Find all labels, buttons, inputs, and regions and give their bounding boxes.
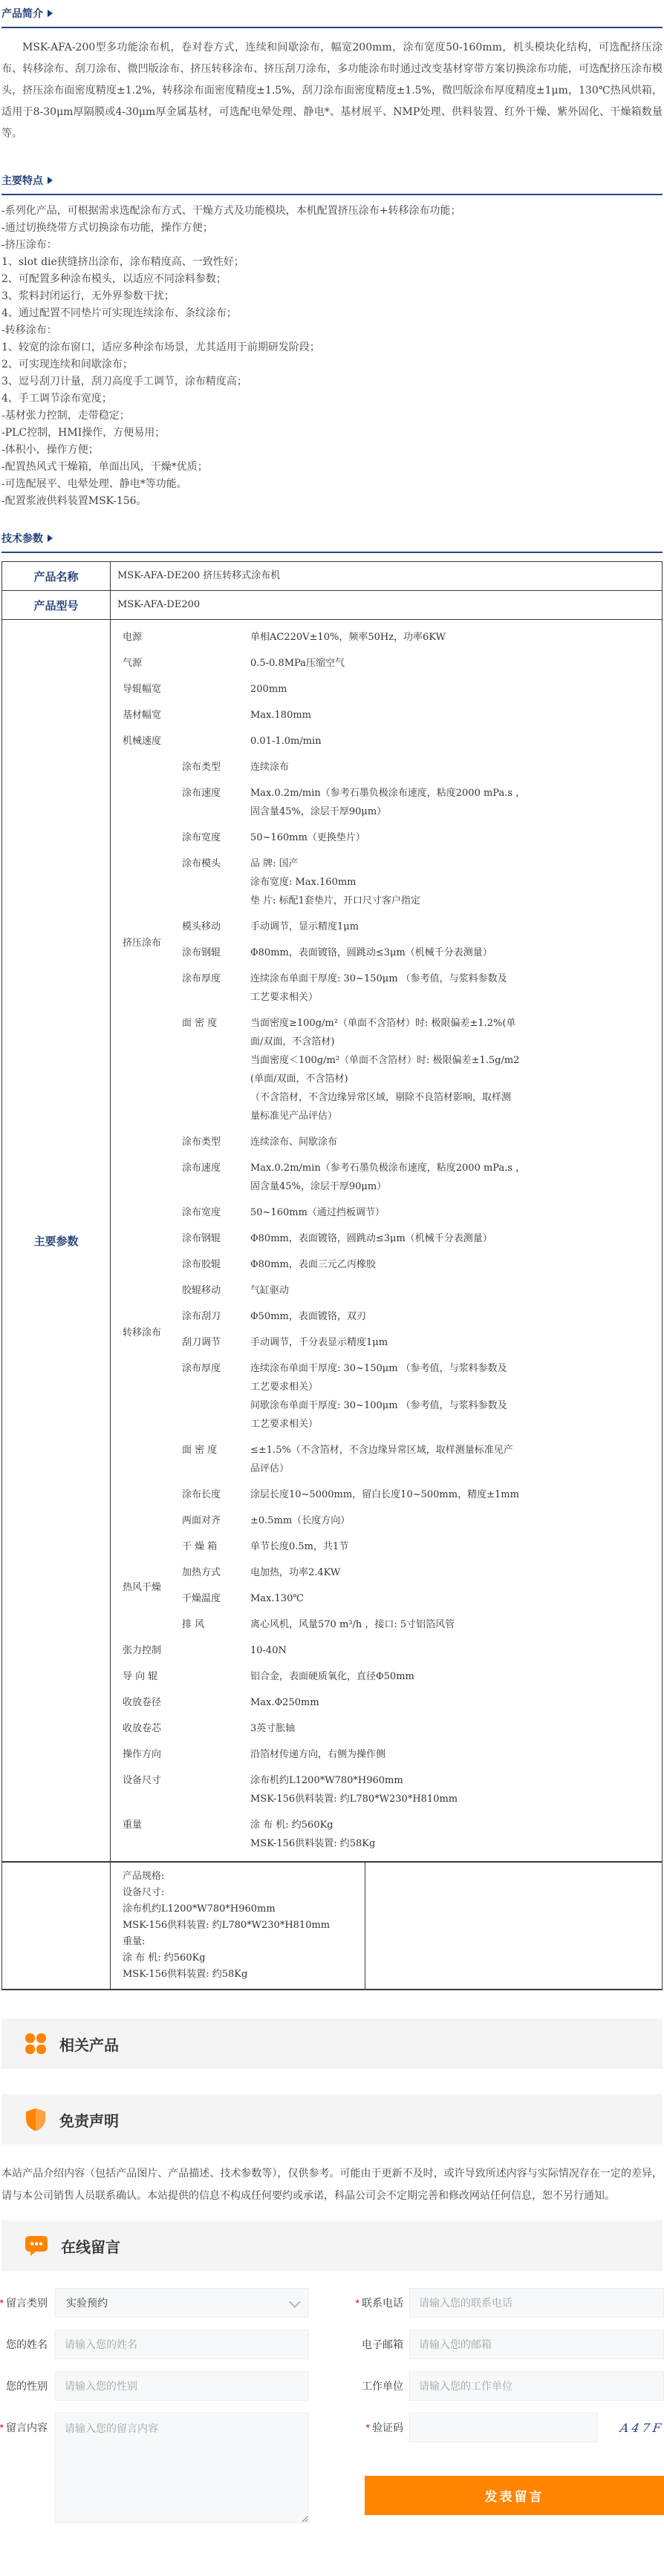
param-value: 电加热，功率2.4KW xyxy=(250,1563,541,1582)
param-row: 操作方向沿箔材传递方向，右侧为操作侧 xyxy=(111,1742,662,1768)
param-value-line: 单相AC220V±10%，频率50Hz，功率6KW xyxy=(250,628,541,647)
heading-divider xyxy=(1,552,663,553)
param-value: 50~160mm（通过挡板调节） xyxy=(250,1203,541,1222)
param-row: 面 密 度当面密度≥100g/m²（单面不含箔材）时: 极限偏差±1.2%(单面… xyxy=(182,1010,662,1129)
param-value-line: 3英寸胀轴 xyxy=(250,1719,541,1738)
table-row-product-model: 产品型号 MSK-AFA-DE200 xyxy=(2,591,662,620)
param-row: 导辊幅宽200mm xyxy=(111,676,662,702)
param-value-line: 量标准见产品评估） xyxy=(250,1107,541,1125)
param-value-line: 离心风机，风量570 m³/h ，接口: 5寸铝箔风管 xyxy=(250,1615,541,1634)
param-row: 收放卷芯3英寸胀轴 xyxy=(111,1716,662,1742)
param-label: 张力控制 xyxy=(111,1641,250,1660)
arrow-right-icon xyxy=(48,177,53,184)
category-selected-value: 实验预约 xyxy=(66,2295,108,2310)
param-group-rows: 干 燥 箱单节长度0.5m，共1节加热方式电加热，功率2.4KW干燥温度Max.… xyxy=(182,1534,662,1638)
name-input[interactable] xyxy=(55,2330,309,2359)
product-model-value: MSK-AFA-DE200 xyxy=(111,591,662,619)
param-value-line: 铝合金，表面硬质氧化，直径Φ50mm xyxy=(250,1667,541,1686)
heading-divider xyxy=(1,194,663,195)
captcha-label-text: 验证码 xyxy=(372,2420,403,2435)
param-label: 气源 xyxy=(111,654,250,673)
param-label: 涂布模头 xyxy=(182,854,250,910)
name-label-text: 您的姓名 xyxy=(6,2337,48,2352)
feature-line: -PLC控制，HMI操作，方便易用； xyxy=(1,425,663,442)
param-value-line: 工艺要求相关） xyxy=(250,1378,541,1396)
spec-note-line: MSK-156供料装置: 约L780*W230*H810mm xyxy=(123,1918,357,1934)
param-label: 收放卷芯 xyxy=(111,1719,250,1738)
shield-icon xyxy=(25,2108,47,2131)
disclaimer-text: 本站产品介绍内容（包括产品图片、产品描述、技术参数等），仅供参考。可能由于更新不… xyxy=(1,2163,663,2207)
param-label: 导辊幅宽 xyxy=(111,680,250,699)
heading-divider xyxy=(1,27,663,28)
related-products-title: 相关产品 xyxy=(59,2033,119,2055)
param-value: 200mm xyxy=(250,680,541,699)
param-value: ≤±1.5%（不含箔材，不含边缘异常区域，取样测量标准见产品评估） xyxy=(250,1441,541,1478)
param-group-label: 挤压涂布 xyxy=(111,754,182,1129)
param-value: Max.180mm xyxy=(250,706,541,725)
param-label: 涂布速度 xyxy=(182,784,250,821)
param-value-line: 品评估） xyxy=(250,1459,541,1478)
param-value-line: 涂 布 机: 约560Kg xyxy=(250,1816,541,1834)
feature-line: -配置浆液供料装置MSK-156。 xyxy=(1,493,663,510)
param-label: 涂布刮刀 xyxy=(182,1307,250,1326)
page-content: 产品简介 MSK-AFA-200型多功能涂布机，卷对卷方式，连续和间歇涂布，幅宽… xyxy=(0,0,664,2576)
param-row: 涂布胶辊Φ80mm，表面三元乙丙橡胶 xyxy=(182,1252,662,1278)
param-row: 导 向 辊铝合金，表面硬质氧化，直径Φ50mm xyxy=(111,1664,662,1690)
spec-note-table: 产品规格:设备尺寸:涂布机约L1200*W780*H960mmMSK-156供料… xyxy=(1,1863,663,1990)
param-value: 连续涂布、间歇涂布 xyxy=(250,1133,541,1151)
param-value-line: 当面密度≥100g/m²（单面不含箔材）时: 极限偏差±1.2%(单 xyxy=(250,1014,541,1033)
param-row: 收放卷径Max.Φ250mm xyxy=(111,1690,662,1716)
param-row: 涂布类型连续涂布 xyxy=(182,754,662,780)
param-label: 涂布速度 xyxy=(182,1159,250,1196)
param-label: 干燥温度 xyxy=(182,1589,250,1608)
param-row: 涂布厚度连续涂布单面干厚度: 30~150μm （参考值，与浆料参数及工艺要求相… xyxy=(182,966,662,1010)
param-label: 面 密 度 xyxy=(182,1441,250,1478)
param-group-rows: 涂布类型连续涂布、间歇涂布涂布速度Max.0.2m/min（参考石墨负极涂布速度… xyxy=(182,1129,662,1534)
param-row: 涂布刮刀Φ50mm，表面镀铬，双刃 xyxy=(182,1304,662,1330)
gender-input[interactable] xyxy=(55,2371,309,2401)
spec-note-line: 产品规格: xyxy=(123,1869,357,1885)
param-value-line: 间歇涂布单面干厚度: 30~100μm （参考值，与浆料参数及 xyxy=(250,1396,541,1415)
captcha-label: * 验证码 xyxy=(328,2413,403,2442)
spec-note-line: 涂布机约L1200*W780*H960mm xyxy=(123,1901,357,1918)
gender-label-text: 您的性别 xyxy=(6,2379,48,2393)
arrow-right-icon xyxy=(48,10,53,17)
feature-line: 4、手工调节涂布宽度； xyxy=(1,390,663,408)
row-label: 主要参数 xyxy=(2,620,111,1861)
param-value: Φ50mm，表面镀铬，双刃 xyxy=(250,1307,541,1326)
section-heading-tech: 技术参数 xyxy=(1,531,663,546)
param-value-line: 电加热，功率2.4KW xyxy=(250,1563,541,1582)
param-value-line: 连续涂布单面干厚度: 30~150μm （参考值，与浆料参数及 xyxy=(250,1359,541,1378)
param-value-line: Max.130℃ xyxy=(250,1589,541,1608)
field-category: * 留言类别 实验预约 xyxy=(1,2288,309,2318)
category-label: * 留言类别 xyxy=(1,2288,48,2318)
feature-line: 3、浆料封闭运行，无外界参数干扰； xyxy=(1,288,663,305)
param-row: 重量涂 布 机: 约560KgMSK-156供料装置: 约58Kg xyxy=(111,1812,662,1857)
param-group-label: 转移涂布 xyxy=(111,1129,182,1534)
param-label: 涂布厚度 xyxy=(182,970,250,1007)
online-message-title: 在线留言 xyxy=(61,2235,120,2257)
param-value-line: 50~160mm（通过挡板调节） xyxy=(250,1203,541,1222)
company-input[interactable] xyxy=(409,2371,664,2401)
content-textarea[interactable] xyxy=(55,2413,309,2523)
name-label: 您的姓名 xyxy=(1,2330,48,2359)
param-row: 胶辊移动气缸驱动 xyxy=(182,1278,662,1304)
feature-line: 3、逗号刮刀计量，刮刀高度手工调节，涂布精度高； xyxy=(1,373,663,390)
feature-line: -体积小，操作方便； xyxy=(1,442,663,459)
param-value-line: （不含箔材，不含边缘异常区域，剔除不良箔材影响，取样测 xyxy=(250,1088,541,1107)
param-value-line: 面/双面，不含箔材) xyxy=(250,1033,541,1051)
param-value-line: 0.01-1.0m/min xyxy=(250,732,541,751)
feature-line: -通过切换绕带方式切换涂布功能，操作方便； xyxy=(1,220,663,237)
param-label: 收放卷径 xyxy=(111,1693,250,1712)
param-value-line: 200mm xyxy=(250,680,541,699)
param-value-line: ≤±1.5%（不含箔材，不含边缘异常区域，取样测量标准见产 xyxy=(250,1441,541,1459)
param-value: Φ80mm，表面镀铬，圆跳动≤3μm（机械千分表测量） xyxy=(250,944,541,962)
intro-heading-text: 产品简介 xyxy=(1,6,43,21)
spec-note-empty-right xyxy=(365,1863,662,1989)
intro-paragraph: MSK-AFA-200型多功能涂布机，卷对卷方式，连续和间歇涂布，幅宽200mm… xyxy=(1,37,663,145)
param-value-line: Max.180mm xyxy=(250,706,541,725)
param-value-line: Max.0.2m/min（参考石墨负极涂布速度，粘度2000 mPa.s ， xyxy=(250,1159,541,1177)
param-row: 涂布钢辊Φ80mm，表面镀铬，圆跳动≤3μm（机械千分表测量） xyxy=(182,1226,662,1252)
param-row: 干燥温度Max.130℃ xyxy=(182,1586,662,1612)
arrow-right-icon xyxy=(48,535,53,542)
param-label: 涂布胶辊 xyxy=(182,1255,250,1274)
field-content: * 留言内容 xyxy=(1,2413,309,2526)
param-value-line: 手动调节，千分表显示精度1μm xyxy=(250,1333,541,1352)
email-label: 电子邮箱 xyxy=(328,2330,403,2359)
param-label: 刮刀调节 xyxy=(182,1333,250,1352)
captcha-code-image: A47F xyxy=(619,2421,664,2435)
section-heading-features: 主要特点 xyxy=(1,173,663,188)
param-value: 连续涂布单面干厚度: 30~150μm （参考值，与浆料参数及工艺要求相关） xyxy=(250,970,541,1007)
param-value: 0.5-0.8MPa压缩空气 xyxy=(250,654,541,673)
param-label: 干 燥 箱 xyxy=(182,1537,250,1556)
param-row: 面 密 度≤±1.5%（不含箔材，不含边缘异常区域，取样测量标准见产品评估） xyxy=(182,1437,662,1482)
param-value: Max.0.2m/min（参考石墨负极涂布速度，粘度2000 mPa.s ，固含… xyxy=(250,1159,541,1196)
param-label: 涂布宽度 xyxy=(182,1203,250,1222)
param-label: 基材幅宽 xyxy=(111,706,250,725)
feature-line: -系列化产品，可根据需求选配涂布方式、干燥方式及功能模块，本机配置挤压涂布+转移… xyxy=(1,203,663,220)
param-label: 导 向 辊 xyxy=(111,1667,250,1686)
field-captcha: * 验证码 A47F xyxy=(328,2413,664,2442)
param-row: 涂布宽度50~160mm（更换垫片） xyxy=(182,825,662,851)
param-value: 涂布机约L1200*W780*H960mmMSK-156供料装置: 约L780*… xyxy=(250,1771,541,1808)
param-value: 单相AC220V±10%，频率50Hz，功率6KW xyxy=(250,628,541,647)
params-cell: 电源单相AC220V±10%，频率50Hz，功率6KW气源0.5-0.8MPa压… xyxy=(111,620,662,1861)
param-value: ±0.5mm（长度方向） xyxy=(250,1511,541,1530)
feature-line: -配置热风式干燥箱，单面出风，干燥*优质； xyxy=(1,459,663,476)
param-label: 加热方式 xyxy=(182,1563,250,1582)
param-group: 挤压涂布涂布类型连续涂布涂布速度Max.0.2m/min（参考石墨负极涂布速度，… xyxy=(111,754,662,1129)
required-asterisk: * xyxy=(366,2422,370,2433)
spec-table: 产品名称 MSK-AFA-DE200 挤压转移式涂布机 产品型号 MSK-AFA… xyxy=(1,561,663,1863)
param-group-label: 热风干燥 xyxy=(111,1534,182,1638)
param-value-line: MSK-156供料装置: 约L780*W230*H810mm xyxy=(250,1790,541,1808)
param-value-line: 涂布宽度: Max.160mm xyxy=(250,873,541,892)
param-row: 涂布长度涂层长度10~5000mm，留白长度10~500mm，精度±1mm xyxy=(182,1482,662,1508)
param-row: 涂布速度Max.0.2m/min（参考石墨负极涂布速度，粘度2000 mPa.s… xyxy=(182,780,662,825)
param-value-line: 10-40N xyxy=(250,1641,541,1660)
param-value-line: 50~160mm（更换垫片） xyxy=(250,828,541,847)
email-label-text: 电子邮箱 xyxy=(362,2337,403,2352)
param-value-line: 手动调节，显示精度1μm xyxy=(250,918,541,936)
param-value-line: 工艺要求相关） xyxy=(250,988,541,1007)
content-label-text: 留言内容 xyxy=(6,2420,48,2435)
param-row: 涂布类型连续涂布、间歇涂布 xyxy=(182,1129,662,1155)
feature-line: 4、通过配置不同垫片可实现连续涂布、条纹涂布； xyxy=(1,305,663,322)
param-value: 涂层长度10~5000mm，留白长度10~500mm，精度±1mm xyxy=(250,1485,541,1504)
form-right-column: * 联系电话 电子邮箱 工作单位 xyxy=(328,2288,664,2526)
param-value: 铝合金，表面硬质氧化，直径Φ50mm xyxy=(250,1667,541,1686)
param-value-line: Max.Φ250mm xyxy=(250,1693,541,1712)
param-value: 单节长度0.5m，共1节 xyxy=(250,1537,541,1556)
param-label: 模头移动 xyxy=(182,918,250,936)
spec-note-text: 产品规格:设备尺寸:涂布机约L1200*W780*H960mmMSK-156供料… xyxy=(111,1863,365,1989)
param-value-line: Φ80mm，表面三元乙丙橡胶 xyxy=(250,1255,541,1274)
disclaimer-title: 免责声明 xyxy=(59,2109,119,2131)
param-value: 50~160mm（更换垫片） xyxy=(250,828,541,847)
param-group-rows: 涂布类型连续涂布涂布速度Max.0.2m/min（参考石墨负极涂布速度，粘度20… xyxy=(182,754,662,1129)
param-row: 张力控制10-40N xyxy=(111,1638,662,1664)
field-name: 您的姓名 xyxy=(1,2330,309,2359)
param-label: 面 密 度 xyxy=(182,1014,250,1125)
param-label: 涂布钢辊 xyxy=(182,944,250,962)
related-products-banner: 相关产品 xyxy=(1,2018,663,2069)
param-value: 0.01-1.0m/min xyxy=(250,732,541,751)
chat-bubble-icon xyxy=(25,2235,48,2257)
param-value-line: 连续涂布、间歇涂布 xyxy=(250,1133,541,1151)
submit-message-button[interactable]: 发表留言 xyxy=(365,2476,664,2515)
param-value-line: ±0.5mm（长度方向） xyxy=(250,1511,541,1530)
param-value-line: 涂布机约L1200*W780*H960mm xyxy=(250,1771,541,1790)
param-value: 品 牌: 国产涂布宽度: Max.160mm垫 片: 标配1套垫片，开口尺寸客户… xyxy=(250,854,541,910)
required-asterisk: * xyxy=(0,2297,4,2309)
param-label: 排 风 xyxy=(182,1615,250,1634)
param-value: 气缸驱动 xyxy=(250,1281,541,1300)
param-value: 沿箔材传递方向，右侧为操作侧 xyxy=(250,1745,541,1764)
param-value-line: 连续涂布 xyxy=(250,758,541,777)
feature-line: -挤压涂布： xyxy=(1,237,663,254)
param-label: 两面对齐 xyxy=(182,1511,250,1530)
phone-input[interactable] xyxy=(409,2288,664,2318)
param-row: 基材幅宽Max.180mm xyxy=(111,702,662,728)
table-row-main-params: 主要参数 电源单相AC220V±10%，频率50Hz，功率6KW气源0.5-0.… xyxy=(2,620,662,1861)
content-label: * 留言内容 xyxy=(1,2413,48,2442)
param-group: 转移涂布涂布类型连续涂布、间歇涂布涂布速度Max.0.2m/min（参考石墨负极… xyxy=(111,1129,662,1534)
phone-label: * 联系电话 xyxy=(328,2288,403,2318)
param-label: 设备尺寸 xyxy=(111,1771,250,1808)
param-value-line: 固含量45%，涂层干厚90μm） xyxy=(250,802,541,821)
tech-heading-text: 技术参数 xyxy=(1,531,43,546)
param-row: 干 燥 箱单节长度0.5m，共1节 xyxy=(182,1534,662,1560)
param-value-line: Φ80mm，表面镀铬，圆跳动≤3μm（机械千分表测量） xyxy=(250,1229,541,1248)
spec-note-line: 设备尺寸: xyxy=(123,1885,357,1901)
spec-note-empty-left xyxy=(2,1863,111,1989)
email-input[interactable] xyxy=(409,2330,664,2359)
param-row: 电源单相AC220V±10%，频率50Hz，功率6KW xyxy=(111,624,662,650)
section-heading-intro: 产品简介 xyxy=(1,6,663,21)
feature-line: -转移涂布： xyxy=(1,322,663,339)
param-value-line: Φ50mm，表面镀铬，双刃 xyxy=(250,1307,541,1326)
param-value: 涂 布 机: 约560KgMSK-156供料装置: 约58Kg xyxy=(250,1816,541,1853)
param-value-line: 工艺要求相关） xyxy=(250,1415,541,1434)
features-list: -系列化产品，可根据需求选配涂布方式、干燥方式及功能模块，本机配置挤压涂布+转移… xyxy=(1,203,663,510)
spec-note-line: 重量: xyxy=(123,1934,357,1950)
param-row: 刮刀调节手动调节，千分表显示精度1μm xyxy=(182,1330,662,1356)
param-row: 气源0.5-0.8MPa压缩空气 xyxy=(111,650,662,676)
disclaimer-banner: 免责声明 xyxy=(1,2094,663,2145)
param-value-line: 涂层长度10~5000mm，留白长度10~500mm，精度±1mm xyxy=(250,1485,541,1504)
message-form: * 留言类别 实验预约 您的姓名 xyxy=(1,2288,663,2526)
param-label: 电源 xyxy=(111,628,250,647)
feature-line: 1、较宽的涂布窗口，适应多种涂布场景，尤其适用于前期研发阶段； xyxy=(1,339,663,356)
param-row: 涂布模头品 牌: 国产涂布宽度: Max.160mm垫 片: 标配1套垫片，开口… xyxy=(182,851,662,914)
online-message-banner: 在线留言 xyxy=(1,2220,663,2271)
feature-line: 2、可实现连续和间歇涂布； xyxy=(1,356,663,373)
param-value-line: 单节长度0.5m，共1节 xyxy=(250,1537,541,1556)
company-label-text: 工作单位 xyxy=(362,2379,403,2393)
param-value: 3英寸胀轴 xyxy=(250,1719,541,1738)
param-label: 涂布厚度 xyxy=(182,1359,250,1434)
param-group: 热风干燥干 燥 箱单节长度0.5m，共1节加热方式电加热，功率2.4KW干燥温度… xyxy=(111,1534,662,1638)
param-value-line: Φ80mm，表面镀铬，圆跳动≤3μm（机械千分表测量） xyxy=(250,944,541,962)
form-left-column: * 留言类别 实验预约 您的姓名 xyxy=(1,2288,309,2526)
required-asterisk: * xyxy=(356,2297,359,2309)
required-asterisk: * xyxy=(0,2422,4,2433)
param-value: Φ80mm，表面镀铬，圆跳动≤3μm（机械千分表测量） xyxy=(250,1229,541,1248)
param-row: 模头移动手动调节，显示精度1μm xyxy=(182,914,662,940)
field-email: 电子邮箱 xyxy=(328,2330,664,2359)
param-value-line: 气缸驱动 xyxy=(250,1281,541,1300)
param-value: 手动调节，千分表显示精度1μm xyxy=(250,1333,541,1352)
company-label: 工作单位 xyxy=(328,2371,403,2401)
param-row: 排 风离心风机，风量570 m³/h ，接口: 5寸铝箔风管 xyxy=(182,1612,662,1638)
param-row: 涂布速度Max.0.2m/min（参考石墨负极涂布速度，粘度2000 mPa.s… xyxy=(182,1155,662,1200)
param-label: 重量 xyxy=(111,1816,250,1853)
row-label: 产品名称 xyxy=(2,562,111,590)
field-company: 工作单位 xyxy=(328,2371,664,2401)
param-value-line: MSK-156供料装置: 约58Kg xyxy=(250,1834,541,1853)
phone-label-text: 联系电话 xyxy=(362,2295,403,2310)
param-value: 手动调节，显示精度1μm xyxy=(250,918,541,936)
param-value-line: Max.0.2m/min（参考石墨负极涂布速度，粘度2000 mPa.s ， xyxy=(250,784,541,802)
spec-note-line: MSK-156供料装置: 约58Kg xyxy=(123,1967,357,1983)
gender-label: 您的性别 xyxy=(1,2371,48,2401)
param-value-line: 固含量45%，涂层干厚90μm） xyxy=(250,1177,541,1196)
param-value-line: (单面/双面，不含箔材) xyxy=(250,1070,541,1088)
param-label: 操作方向 xyxy=(111,1745,250,1764)
param-label: 涂布类型 xyxy=(182,758,250,777)
param-row: 设备尺寸涂布机约L1200*W780*H960mmMSK-156供料装置: 约L… xyxy=(111,1768,662,1812)
category-select[interactable]: 实验预约 xyxy=(55,2288,309,2318)
param-value: Max.Φ250mm xyxy=(250,1693,541,1712)
product-name-value: MSK-AFA-DE200 挤压转移式涂布机 xyxy=(111,562,662,590)
param-row: 涂布宽度50~160mm（通过挡板调节） xyxy=(182,1200,662,1226)
chevron-down-icon xyxy=(289,2296,301,2308)
param-value: 10-40N xyxy=(250,1641,541,1660)
row-label: 产品型号 xyxy=(2,591,111,619)
feature-line: 1、slot die狭缝挤出涂布，涂布精度高、一致性好； xyxy=(1,254,663,271)
param-value-line: 沿箔材传递方向，右侧为操作侧 xyxy=(250,1745,541,1764)
field-phone: * 联系电话 xyxy=(328,2288,664,2318)
param-label: 涂布类型 xyxy=(182,1133,250,1151)
four-dots-icon xyxy=(25,2033,47,2055)
param-value: Max.0.2m/min（参考石墨负极涂布速度，粘度2000 mPa.s ，固含… xyxy=(250,784,541,821)
param-value-line: 当面密度＜100g/m²（单面不含箔材）时: 极限偏差±1.5g/m2 xyxy=(250,1051,541,1070)
param-value-line: 连续涂布单面干厚度: 30~150μm （参考值，与浆料参数及 xyxy=(250,970,541,988)
category-label-text: 留言类别 xyxy=(6,2295,48,2310)
param-value: 当面密度≥100g/m²（单面不含箔材）时: 极限偏差±1.2%(单面/双面，不… xyxy=(250,1014,541,1125)
param-value-line: 垫 片: 标配1套垫片，开口尺寸客户指定 xyxy=(250,892,541,910)
param-label: 机械速度 xyxy=(111,732,250,751)
param-label: 涂布宽度 xyxy=(182,828,250,847)
param-row: 涂布厚度连续涂布单面干厚度: 30~150μm （参考值，与浆料参数及工艺要求相… xyxy=(182,1356,662,1437)
param-value: 连续涂布 xyxy=(250,758,541,777)
param-label: 胶辊移动 xyxy=(182,1281,250,1300)
param-row: 加热方式电加热，功率2.4KW xyxy=(182,1560,662,1586)
spec-note-line: 涂 布 机: 约560Kg xyxy=(123,1950,357,1967)
feature-line: -可选配展平、电晕处理、静电*等功能。 xyxy=(1,476,663,493)
param-row: 两面对齐±0.5mm（长度方向） xyxy=(182,1508,662,1534)
param-label: 涂布钢辊 xyxy=(182,1229,250,1248)
captcha-input[interactable] xyxy=(409,2413,598,2442)
param-value: Max.130℃ xyxy=(250,1589,541,1608)
feature-line: 2、可配置多种涂布模头，以适应不同涂料参数； xyxy=(1,271,663,288)
field-gender: 您的性别 xyxy=(1,2371,309,2401)
param-row: 涂布钢辊Φ80mm，表面镀铬，圆跳动≤3μm（机械千分表测量） xyxy=(182,940,662,966)
features-heading-text: 主要特点 xyxy=(1,173,43,188)
param-value: Φ80mm，表面三元乙丙橡胶 xyxy=(250,1255,541,1274)
table-row-product-name: 产品名称 MSK-AFA-DE200 挤压转移式涂布机 xyxy=(2,562,662,591)
feature-line: -基材张力控制，走带稳定； xyxy=(1,408,663,425)
param-value: 连续涂布单面干厚度: 30~150μm （参考值，与浆料参数及工艺要求相关）间歇… xyxy=(250,1359,541,1434)
param-row: 机械速度0.01-1.0m/min xyxy=(111,728,662,754)
param-value: 离心风机，风量570 m³/h ，接口: 5寸铝箔风管 xyxy=(250,1615,541,1634)
param-label: 涂布长度 xyxy=(182,1485,250,1504)
param-value-line: 品 牌: 国产 xyxy=(250,854,541,873)
param-value-line: 0.5-0.8MPa压缩空气 xyxy=(250,654,541,673)
